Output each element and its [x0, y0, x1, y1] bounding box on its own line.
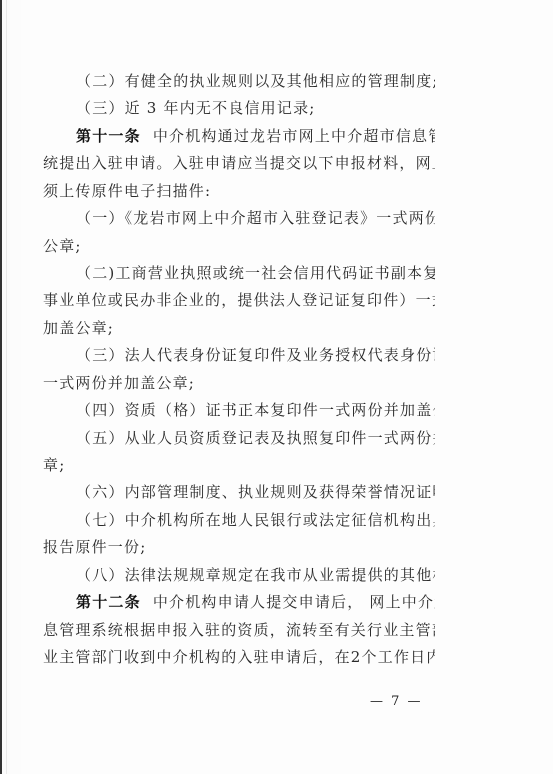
text-line: （七）中介机构所在地人民银行或法定征信机构出具的信用 — [76, 507, 435, 534]
text-line: 事业单位或民办非企业的，提供法人登记证复印件）一式两份并 — [43, 287, 435, 314]
left-border — [0, 0, 2, 774]
text-line: 章; — [43, 452, 435, 479]
text-span: 中介机构通过龙岩市网上中介超市信息管理系 — [153, 127, 435, 145]
article-12-first-line: 第十二条中介机构申请人提交申请后， 网上中介超市信 — [76, 589, 435, 616]
text-span: 中介机构申请人提交申请后， 网上中介超市信 — [153, 593, 435, 611]
text-line: （四）资质（格）证书正本复印件一式两份并加盖公章; — [76, 397, 435, 424]
text-line: （六）内部管理制度、执业规则及获得荣誉情况证明材料; — [76, 479, 435, 506]
text-line: （八）法律法规规章规定在我市从业需提供的其他材料。 — [76, 562, 435, 589]
text-line: （三）近 3 年内无不良信用记录; — [76, 95, 435, 122]
article-12-heading: 第十二条 — [76, 593, 141, 611]
text-line: （三）法人代表身份证复印件及业务授权代表身份证复印件 — [76, 342, 435, 369]
text-line: 报告原件一份; — [43, 534, 435, 561]
text-line: 统提出入驻申请。入驻申请应当提交以下申报材料，网上申报时 — [43, 150, 435, 177]
article-11-heading: 第十一条 — [76, 127, 141, 145]
left-border-shadow — [6, 0, 7, 774]
article-11-first-line: 第十一条中介机构通过龙岩市网上中介超市信息管理系 — [76, 123, 435, 150]
text-line: （二）有健全的执业规则以及其他相应的管理制度; — [76, 68, 435, 95]
text-line: （五）从业人员资质登记表及执照复印件一式两份并加盖公 — [76, 425, 435, 452]
text-line: 公章; — [43, 233, 435, 260]
text-line: 加盖公章; — [43, 315, 435, 342]
text-line: 业主管部门收到中介机构的入驻申请后，在2个工作日内对网上申 — [43, 644, 435, 671]
text-line: 息管理系统根据申报入驻的资质，流转至有关行业主管部门。行 — [43, 617, 435, 644]
page-number: — 7 — — [370, 694, 423, 709]
text-line: 须上传原件电子扫描件: — [43, 178, 435, 205]
text-line: （一）《龙岩市网上中介超市入驻登记表》一式两份并加盖 — [76, 205, 435, 232]
text-line: 一式两份并加盖公章; — [43, 370, 435, 397]
document-page: （二）有健全的执业规则以及其他相应的管理制度; （三）近 3 年内无不良信用记录… — [21, 0, 553, 774]
text-line: （二)工商营业执照或统一社会信用代码证书副本复印件( 属 — [76, 260, 435, 287]
